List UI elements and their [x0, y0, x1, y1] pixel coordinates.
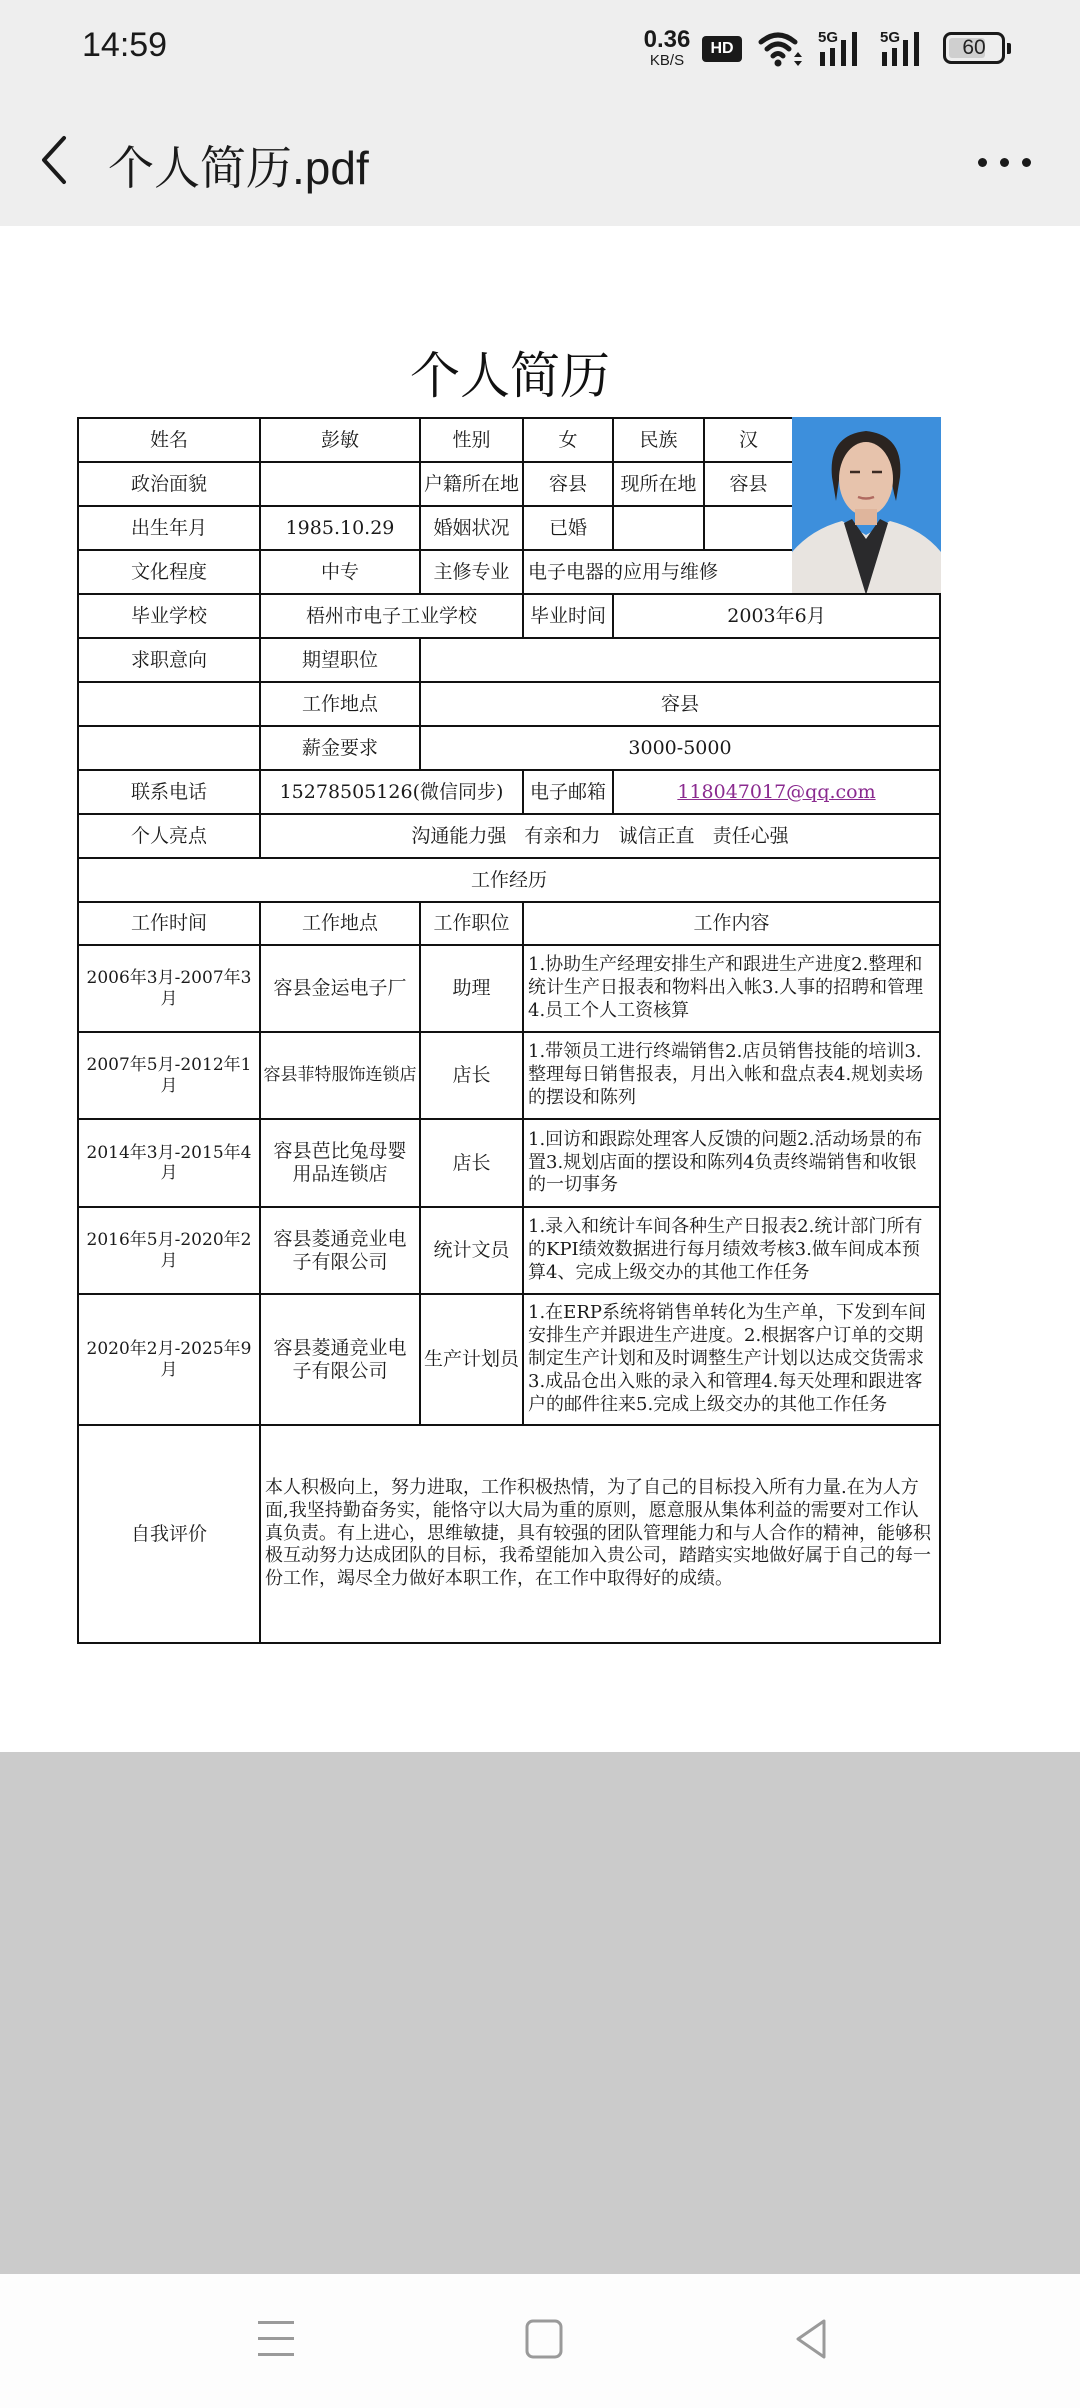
profile-photo	[792, 417, 941, 595]
label-job-intent: 求职意向	[77, 637, 261, 683]
document-title: 个人简历	[0, 336, 1020, 408]
signal-5g-sim1-icon: 5G	[818, 28, 866, 68]
hd-voice-icon: HD	[702, 36, 742, 62]
value-education: 中专	[259, 549, 421, 595]
home-icon	[504, 2304, 584, 2374]
work-time: 2016年5月-2020年2月	[77, 1206, 261, 1295]
value-major: 电子电器的应用与维修	[522, 549, 794, 595]
more-horizontal-icon	[978, 158, 987, 167]
home-button[interactable]	[504, 2304, 584, 2374]
work-time: 2006年3月-2007年3月	[77, 944, 261, 1033]
value-salary: 3000-5000	[419, 725, 941, 771]
label-hukou: 户籍所在地	[419, 461, 524, 507]
label-work-location: 工作地点	[259, 681, 421, 727]
empty-cell	[612, 505, 705, 551]
recent-apps-button[interactable]	[236, 2304, 316, 2374]
status-bar: 14:59 0.36 KB/S HD 5G 5G 60	[0, 0, 1080, 96]
email-link[interactable]: 118047017@qq.com	[677, 781, 875, 804]
label-self-evaluation: 自我评价	[77, 1424, 261, 1644]
work-content: 1.回访和跟踪处理客人反馈的问题2.活动场景的布置3.规划店面的摆设和陈列4负责…	[522, 1118, 941, 1208]
work-position: 店长	[419, 1031, 524, 1120]
value-desired-position	[419, 637, 941, 683]
work-place: 容县金运电子厂	[259, 944, 421, 1033]
app-bar: 个人简历.pdf	[0, 96, 1080, 226]
work-place: 容县菱通竞业电子有限公司	[259, 1206, 421, 1295]
label-salary: 薪金要求	[259, 725, 421, 771]
work-content: 1.录入和统计车间各种生产日报表2.统计部门所有的KPI绩效数据进行每月绩效考核…	[522, 1206, 941, 1295]
value-grad-time: 2003年6月	[612, 593, 941, 639]
empty-cell	[77, 681, 261, 727]
value-hukou: 容县	[522, 461, 614, 507]
value-work-location: 容县	[419, 681, 941, 727]
back-triangle-icon	[770, 2304, 850, 2374]
label-politics: 政治面貌	[77, 461, 261, 507]
work-position: 统计文员	[419, 1206, 524, 1295]
label-education: 文化程度	[77, 549, 261, 595]
pdf-page[interactable]: 个人简历 姓名 彭敏 性别 女 民族 汉 政治面貌 户籍所在地 容县 现所在地 …	[0, 226, 1080, 1752]
label-email: 电子邮箱	[522, 769, 614, 815]
chevron-left-icon	[30, 124, 80, 194]
value-ethnicity: 汉	[703, 417, 794, 463]
battery-icon: 60	[943, 32, 1005, 64]
value-politics	[259, 461, 421, 507]
value-current-location: 容县	[703, 461, 794, 507]
work-time: 2020年2月-2025年9月	[77, 1293, 261, 1426]
file-title: 个人简历.pdf	[108, 132, 369, 198]
label-name: 姓名	[77, 417, 261, 463]
label-grad-time: 毕业时间	[522, 593, 614, 639]
work-section-title: 工作经历	[77, 857, 941, 903]
system-nav-bar	[0, 2274, 1080, 2408]
svg-text:5G: 5G	[818, 29, 838, 46]
work-time: 2007年5月-2012年1月	[77, 1031, 261, 1120]
label-phone: 联系电话	[77, 769, 261, 815]
empty-cell	[703, 505, 794, 551]
header-work-time: 工作时间	[77, 901, 261, 946]
back-button[interactable]	[30, 124, 80, 194]
label-desired-position: 期望职位	[259, 637, 421, 683]
value-marital: 已婚	[522, 505, 614, 551]
work-position: 生产计划员	[419, 1293, 524, 1426]
header-work-place: 工作地点	[259, 901, 421, 946]
svg-text:5G: 5G	[880, 29, 900, 46]
label-gender: 性别	[419, 417, 524, 463]
value-name: 彭敏	[259, 417, 421, 463]
work-content: 1.在ERP系统将销售单转化为生产单，下发到车间安排生产并跟进生产进度。2.根据…	[522, 1293, 941, 1426]
header-work-position: 工作职位	[419, 901, 524, 946]
label-highlights: 个人亮点	[77, 813, 261, 859]
work-position: 助理	[419, 944, 524, 1033]
network-speed: 0.36 KB/S	[640, 28, 694, 68]
label-birth: 出生年月	[77, 505, 261, 551]
email-cell: 118047017@qq.com	[612, 769, 941, 815]
label-major: 主修专业	[419, 549, 524, 595]
work-content: 1.协助生产经理安排生产和跟进生产进度2.整理和统计生产日报表和物料出入帐3.人…	[522, 944, 941, 1033]
label-current-location: 现所在地	[612, 461, 705, 507]
work-place: 容县菲特服饰连锁店	[259, 1031, 421, 1120]
empty-cell	[77, 725, 261, 771]
label-marital: 婚姻状况	[419, 505, 524, 551]
value-gender: 女	[522, 417, 614, 463]
back-nav-button[interactable]	[770, 2304, 850, 2374]
value-school: 梧州市电子工业学校	[259, 593, 524, 639]
value-phone: 15278505126(微信同步)	[259, 769, 524, 815]
viewer-background	[0, 1752, 1080, 2274]
more-options-button[interactable]	[970, 136, 1040, 186]
value-birth: 1985.10.29	[259, 505, 421, 551]
work-place: 容县菱通竞业电子有限公司	[259, 1293, 421, 1426]
value-highlights: 沟通能力强 有亲和力 诚信正直 责任心强	[259, 813, 941, 859]
menu-icon	[236, 2304, 316, 2374]
signal-5g-sim2-icon: 5G	[880, 28, 928, 68]
work-content: 1.带领员工进行终端销售2.店员销售技能的培训3.整理每日销售报表，月出入帐和盘…	[522, 1031, 941, 1120]
header-work-content: 工作内容	[522, 901, 941, 946]
value-self-evaluation: 本人积极向上，努力进取，工作积极热情，为了自己的目标投入所有力量.在为人方面,我…	[259, 1424, 941, 1644]
status-time: 14:59	[82, 26, 167, 65]
battery-level: 60	[946, 35, 1002, 61]
work-position: 店长	[419, 1118, 524, 1208]
label-school: 毕业学校	[77, 593, 261, 639]
label-ethnicity: 民族	[612, 417, 705, 463]
work-place: 容县芭比兔母婴用品连锁店	[259, 1118, 421, 1208]
work-time: 2014年3月-2015年4月	[77, 1118, 261, 1208]
wifi-icon	[758, 30, 806, 68]
